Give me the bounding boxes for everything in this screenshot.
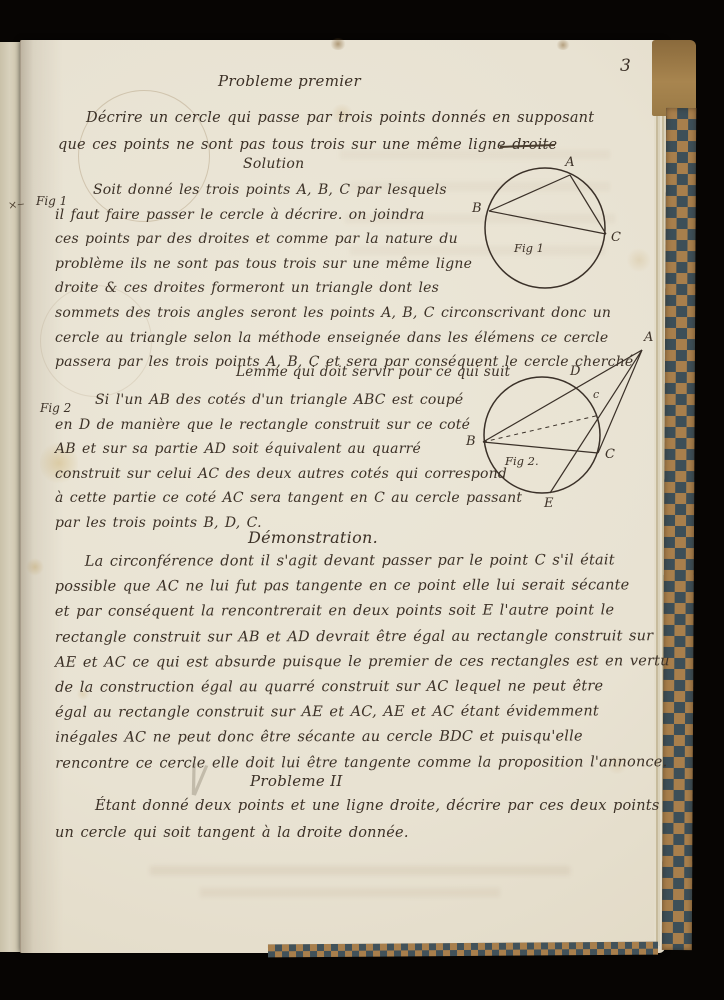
fig2-label-D: D [569,364,581,379]
fig1-side-BC [489,211,606,234]
figure-1-diagram: A B C Fig 1 [470,148,660,328]
figure-2-diagram: A B D c C E Fig 2. [460,325,665,515]
text-line: construit sur celui AC des deux autres c… [55,466,522,491]
text-line: par les trois points B, D, C. [55,515,522,540]
text-line: de la construction égal au quarré constr… [55,678,670,705]
page-number: 3 [620,56,631,76]
fig2-caption: Fig 2. [504,454,539,468]
text-line: AE et AC ce qui est absurde puisque le p… [55,653,670,680]
text-line: et par conséquent la rencontrerait en de… [55,603,670,630]
margin-tick-mark: ×‒ [7,197,25,212]
fig2-chord-BC [483,442,598,453]
text-line: en D de manière que le rectangle constru… [55,417,522,442]
text-line: rectangle construit sur AB et AD devrait… [55,628,670,655]
fig1-label-A: A [564,155,574,170]
fig2-line-BA-through-D [483,350,642,442]
fig2-circle [484,377,600,493]
text-line: La circonférence dont il s'agit devant p… [55,552,670,579]
fig1-caption: Fig 1 [513,241,544,255]
text-line: rencontre ce cercle elle doit lui être t… [55,754,670,781]
fig2-label-E: E [543,496,554,511]
margin-note-fig1: Fig 1 [36,194,67,208]
heading-probleme-premier: Probleme premier [218,72,361,90]
bottom-checkered-edge [268,942,658,958]
fig2-label-c-small: c [593,388,599,401]
text-line: Étant donné deux points et une ligne dro… [55,798,659,825]
binding-checkered-cloth [662,108,696,950]
fig1-label-C: C [611,230,621,245]
fig2-dashed-Bc [483,415,600,442]
text-line: Décrire un cercle qui passe par trois po… [58,110,594,137]
demonstration-paragraph: La circonférence dont il s'agit devant p… [55,552,670,780]
fig1-side-AB [489,175,570,211]
lemme-paragraph: Si l'un AB des cotés d'un triangle ABC e… [55,392,522,540]
text-line: égal au rectangle construit sur AE et AC… [55,703,670,730]
fig2-label-C: C [605,447,615,462]
text-line: à cette partie ce coté AC sera tangent e… [55,490,522,515]
margin-note-fig2: Fig 2 [40,401,71,415]
text-line: AB et sur sa partie AD soit équivalent a… [55,441,522,466]
binding-corner [652,40,696,116]
manuscript-photo: 3 Probleme premier Solution Lemme qui do… [0,0,724,1000]
fig2-label-A: A [643,330,653,345]
probleme2-paragraph: Étant donné deux points et une ligne dro… [55,798,659,852]
text-line: Si l'un AB des cotés d'un triangle ABC e… [55,392,522,417]
fig2-line-AC [598,350,642,453]
text-line: un cercle qui soit tangent à la droite d… [55,825,659,852]
text-line: inégales AC ne peut donc être sécante au… [55,729,670,756]
fig1-label-B: B [471,201,482,216]
text-line: possible que AC ne lui fut pas tangente … [55,577,670,604]
fig2-label-B: B [465,434,476,449]
fig2-line-AE [550,350,642,493]
